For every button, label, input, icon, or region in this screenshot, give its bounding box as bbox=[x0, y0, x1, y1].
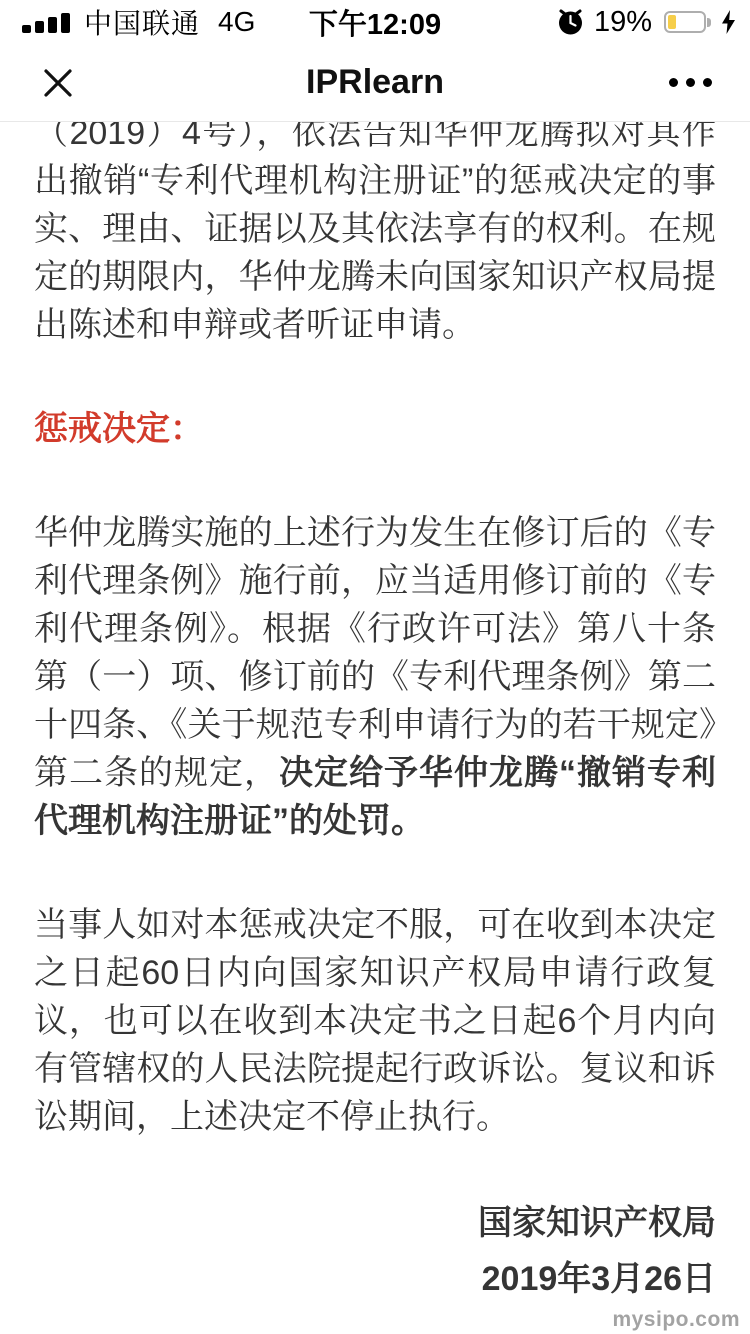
watermark: mysipo.com bbox=[612, 1308, 740, 1332]
more-dots-icon bbox=[669, 78, 678, 87]
paragraph-decision-normal-text: 华仲龙腾实施的上述行为发生在修订后的《专利代理条例》施行前，应当适用修订前的《专… bbox=[34, 514, 716, 792]
carrier-label: 中国联通 bbox=[84, 2, 200, 42]
article-content: （2019）4号），依法告知华仲龙腾拟对其作出撤销“专利代理机构注册证”的惩戒决… bbox=[0, 122, 750, 1305]
more-menu-button[interactable] bbox=[669, 63, 712, 103]
signature-authority: 国家知识产权局 bbox=[34, 1197, 716, 1249]
battery-icon bbox=[664, 11, 711, 33]
decision-heading: 惩戒决定： bbox=[34, 405, 716, 453]
close-icon bbox=[40, 65, 76, 101]
battery-fill-level bbox=[668, 15, 676, 29]
status-bar-left: 中国联通 4G bbox=[22, 2, 255, 42]
paragraph-decision: 华仲龙腾实施的上述行为发生在修订后的《专利代理条例》施行前，应当适用修订前的《专… bbox=[34, 509, 716, 845]
signature-date: 2019年3月26日 bbox=[34, 1253, 716, 1305]
alarm-clock-icon bbox=[557, 9, 584, 36]
status-bar: 中国联通 4G 下午12:09 19% bbox=[0, 0, 750, 44]
close-button[interactable] bbox=[38, 63, 78, 103]
signal-strength-icon bbox=[22, 12, 70, 33]
navigation-bar: IPRlearn bbox=[0, 44, 750, 122]
status-bar-right: 19% bbox=[557, 6, 736, 39]
paragraph-appeal: 当事人如对本惩戒决定不服，可在收到本决定之日起60日内向国家知识产权局申请行政复… bbox=[34, 901, 716, 1141]
paragraph-notice: （2019）4号），依法告知华仲龙腾拟对其作出撤销“专利代理机构注册证”的惩戒决… bbox=[34, 122, 716, 349]
network-type-label: 4G bbox=[218, 6, 255, 38]
charging-bolt-icon bbox=[721, 10, 736, 34]
clock-time: 下午12:09 bbox=[309, 2, 441, 43]
page-title: IPRlearn bbox=[0, 63, 750, 102]
battery-percent-label: 19% bbox=[594, 6, 652, 39]
phone-screen: 中国联通 4G 下午12:09 19% bbox=[0, 0, 750, 1334]
